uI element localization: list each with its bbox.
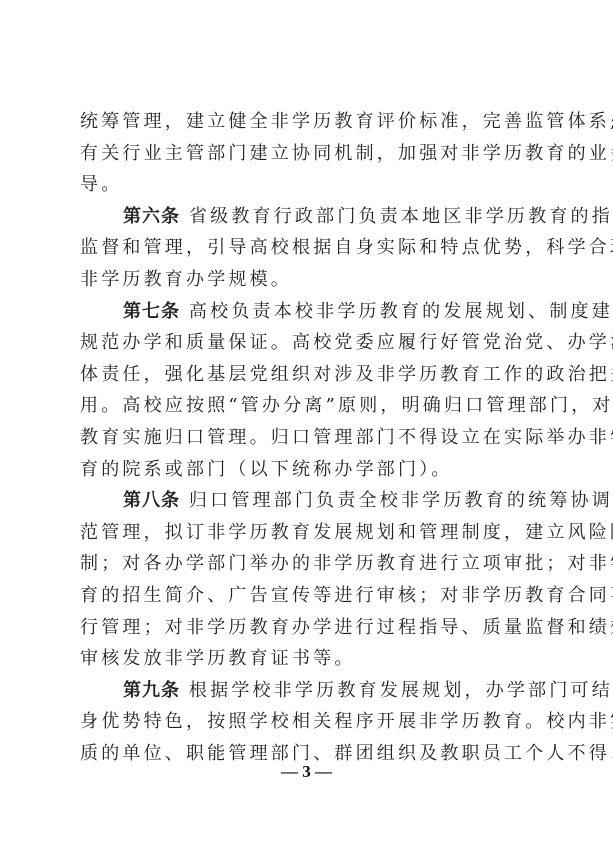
article-8: 第八条 归口管理部门负责全校非学历教育的统筹协调和规 (80, 485, 536, 517)
page-number: — 3 — (0, 762, 613, 782)
text-line: 非学历教育办学规模。 (80, 264, 536, 296)
article-7: 第七条 高校负责本校非学历教育的发展规划、制度建设、 (80, 296, 536, 328)
article-6: 第六条 省级教育行政部门负责本地区非学历教育的指导、 (80, 201, 536, 233)
article-label: 第九条 (123, 680, 180, 701)
article-7-body: 规范办学和质量保证。高校党委应履行好管党治党、办学治校主 体责任，强化基层党组织… (80, 327, 536, 485)
text-line: 身优势特色，按照学校相关程序开展非学历教育。校内非实体性 (80, 706, 536, 738)
text-line: 范管理，拟订非学历教育发展规划和管理制度，建立风险防控机 (80, 517, 536, 549)
text-line: 有关行业主管部门建立协同机制，加强对非学历教育的业务指 (80, 138, 536, 170)
article-label: 第六条 (123, 206, 180, 227)
text-line: 育的招生简介、广告宣传等进行审核；对非学历教育合同事务进 (80, 580, 536, 612)
article-9: 第九条 根据学校非学历教育发展规划，办学部门可结合自 (80, 675, 536, 707)
text-line: 高校负责本校非学历教育的发展规划、制度建设、 (180, 301, 613, 322)
text-line: 行管理；对非学历教育办学进行过程指导、质量监督和绩效管理； (80, 612, 536, 644)
article-label: 第八条 (123, 490, 180, 511)
body-text: 统筹管理，建立健全非学历教育评价标准，完善监管体系;会同 有关行业主管部门建立协… (80, 106, 536, 769)
text-line: 制；对各办学部门举办的非学历教育进行立项审批；对非学历教 (80, 548, 536, 580)
article-9-body: 身优势特色，按照学校相关程序开展非学历教育。校内非实体性 质的单位、职能管理部门… (80, 706, 536, 769)
document-page: 统筹管理，建立健全非学历教育评价标准，完善监管体系;会同 有关行业主管部门建立协… (0, 0, 613, 868)
continuation-paragraph: 统筹管理，建立健全非学历教育评价标准，完善监管体系;会同 有关行业主管部门建立协… (80, 106, 536, 201)
text-line: 育的院系或部门（以下统称办学部门）。 (80, 454, 536, 486)
text-line: 导。 (80, 169, 536, 201)
text-line: 统筹管理，建立健全非学历教育评价标准，完善监管体系;会同 (80, 106, 536, 138)
text-line: 审核发放非学历教育证书等。 (80, 643, 536, 675)
text-line: 规范办学和质量保证。高校党委应履行好管党治党、办学治校主 (80, 327, 536, 359)
article-6-body: 监督和管理，引导高校根据自身实际和特点优势，科学合理确定 非学历教育办学规模。 (80, 232, 536, 295)
text-line: 根据学校非学历教育发展规划，办学部门可结合自 (180, 680, 613, 701)
text-line: 省级教育行政部门负责本地区非学历教育的指导、 (180, 206, 613, 227)
article-label: 第七条 (123, 301, 180, 322)
article-8-body: 范管理，拟订非学历教育发展规划和管理制度，建立风险防控机 制；对各办学部门举办的… (80, 517, 536, 675)
text-line: 体责任，强化基层党组织对涉及非学历教育工作的政治把关作 (80, 359, 536, 391)
text-line: 监督和管理，引导高校根据自身实际和特点优势，科学合理确定 (80, 232, 536, 264)
text-line: 归口管理部门负责全校非学历教育的统筹协调和规 (180, 490, 613, 511)
text-line: 用。高校应按照“管办分离”原则，明确归口管理部门，对非学历 (80, 390, 536, 422)
text-line: 教育实施归口管理。归口管理部门不得设立在实际举办非学历教 (80, 422, 536, 454)
